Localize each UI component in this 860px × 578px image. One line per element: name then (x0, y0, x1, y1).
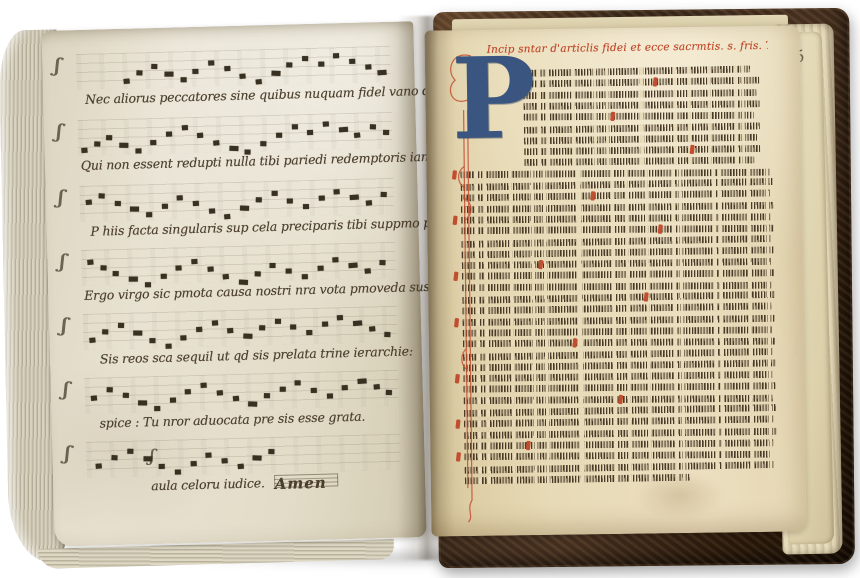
neume (369, 326, 375, 332)
neume (138, 400, 147, 405)
neume (143, 456, 152, 461)
neume (271, 71, 280, 76)
neume (386, 390, 392, 395)
neume (170, 398, 176, 403)
neume (332, 257, 338, 262)
clef-mark: ʃʃ (55, 121, 59, 143)
neume (135, 148, 141, 153)
neume (146, 212, 152, 217)
neume (185, 389, 191, 394)
neume (307, 130, 313, 135)
neume (191, 259, 197, 264)
neume (243, 333, 252, 338)
neume (149, 338, 155, 343)
left-page-content: ʃʃNec aliorus peccatores sine quibus nuq… (76, 44, 402, 518)
neume (190, 461, 196, 466)
neume (102, 329, 108, 334)
neume (124, 78, 130, 84)
neume (318, 196, 324, 201)
music-system: ʃʃQui non essent redupti nulla tibi pari… (78, 112, 393, 178)
neume (175, 469, 181, 474)
body-text-line (524, 157, 754, 167)
neume (107, 387, 113, 392)
neume (193, 69, 199, 74)
neume (264, 393, 270, 398)
clef-mark: ʃʃ (57, 187, 61, 209)
red-capital-tick (590, 192, 594, 201)
right-page: Incip sntar d'articlis fidei et ecce sac… (424, 25, 806, 536)
music-system: ʃʃspice : Tu nror aduocata pre sis esse … (84, 370, 399, 436)
music-system: ʃʃSis reos sca sequil ut qd sis prelata … (83, 306, 398, 372)
neume (154, 406, 160, 411)
music-system: ʃʃP hiis facta singularis sup cela preci… (79, 178, 394, 244)
staff-lines (79, 178, 394, 222)
red-capital-tick (611, 112, 615, 121)
neume (213, 140, 219, 146)
neume (181, 125, 187, 130)
body-text-line (523, 66, 750, 77)
clef-mark: ʃʃ (59, 250, 63, 272)
neume (237, 464, 243, 470)
neume (224, 214, 230, 220)
red-capital-tick (653, 78, 657, 87)
neume (385, 332, 391, 337)
neume (81, 148, 87, 154)
neume (112, 455, 118, 460)
empty-staff-box (274, 473, 338, 488)
neume (196, 327, 202, 332)
right-page-content: Incip sntar d'articlis fidei et ecce sac… (459, 40, 779, 514)
neume (207, 266, 213, 271)
red-capital-tick (526, 441, 530, 450)
body-text-line (524, 122, 761, 134)
neume (118, 323, 124, 328)
music-system: ʃʃʃʃaula celoru iudice.Amen (86, 434, 401, 500)
neume (106, 135, 112, 140)
neume (381, 192, 387, 197)
neume (255, 79, 261, 85)
lyric-line: aula celoru iudice.Amen (151, 475, 265, 493)
neume (209, 208, 215, 213)
neume (287, 198, 293, 203)
neume (311, 388, 317, 393)
neume (223, 274, 229, 280)
neume (333, 53, 339, 58)
neume (224, 66, 230, 71)
neume (201, 383, 207, 388)
body-text-line (524, 112, 754, 121)
clef-mark: ʃʃ (62, 378, 66, 400)
manuscript-photo: 75 Incip ʃʃNec aliorus peccatores sine q… (0, 0, 860, 578)
body-text-line (524, 133, 757, 144)
neume (100, 265, 106, 270)
neume (365, 200, 371, 206)
neume (338, 127, 347, 133)
neume (276, 133, 282, 138)
neume (271, 191, 277, 196)
staff-lines (86, 434, 401, 478)
neume (327, 393, 333, 398)
music-system: ʃʃNec aliorus peccatores sine quibus nuq… (76, 46, 391, 112)
red-capital-tick (539, 260, 543, 269)
neume (295, 380, 301, 385)
neume (96, 463, 102, 469)
neume (212, 320, 218, 325)
neume (180, 77, 186, 82)
neume (317, 266, 323, 271)
neume (229, 146, 238, 151)
neume (227, 328, 233, 334)
neume (259, 325, 265, 330)
neume (260, 141, 266, 146)
neume (136, 70, 142, 75)
neume (275, 319, 281, 324)
neume (181, 335, 187, 340)
neume (370, 124, 376, 129)
neume (130, 207, 139, 212)
neume (253, 455, 262, 460)
neume (98, 193, 104, 198)
neume (306, 330, 312, 335)
left-page: ʃʃNec aliorus peccatores sine quibus nuq… (41, 21, 426, 547)
neume (193, 201, 199, 206)
neume (287, 62, 293, 67)
neume (302, 274, 308, 279)
neume (323, 121, 329, 126)
neume (197, 133, 203, 138)
neume (113, 271, 119, 276)
neume (87, 259, 93, 265)
neume (150, 140, 156, 145)
neume (160, 274, 166, 279)
body-text-line (523, 77, 760, 88)
neume (89, 337, 95, 343)
neume (290, 324, 296, 329)
staff-lines (84, 370, 399, 414)
red-capital-tick (658, 225, 662, 234)
neume (302, 56, 308, 61)
body-text-line (524, 100, 761, 110)
body-text-line (524, 145, 761, 155)
neume (221, 458, 227, 463)
neume (364, 268, 370, 274)
red-capital-tick (689, 145, 693, 154)
music-system: ʃʃErgo virgo sic pmota causa nostri nra … (81, 242, 396, 308)
neume (217, 390, 223, 395)
neume (365, 64, 371, 69)
page-stain (615, 460, 746, 532)
neume (164, 72, 173, 77)
red-capital-tick (618, 394, 622, 403)
neume (349, 59, 355, 64)
neume (165, 344, 171, 349)
neume (342, 385, 348, 390)
neume (334, 189, 340, 194)
neume (358, 378, 367, 384)
neume (350, 194, 359, 200)
red-capital-tick (572, 338, 576, 347)
neume (380, 260, 386, 265)
neume (206, 453, 212, 458)
neume (94, 141, 100, 146)
neume (322, 322, 328, 327)
illuminated-initial: P (451, 51, 519, 172)
neume (232, 396, 238, 402)
neume (114, 201, 120, 206)
neume (129, 277, 138, 282)
neume (133, 330, 142, 335)
neume (286, 269, 292, 274)
neume (240, 206, 249, 211)
neume (383, 130, 389, 135)
neume (256, 197, 262, 202)
neume (177, 195, 183, 200)
neume (208, 60, 214, 65)
neume (348, 263, 357, 269)
body-text-line (523, 89, 756, 99)
neume (162, 204, 168, 209)
neume (373, 384, 379, 390)
neume (176, 265, 182, 270)
neume (122, 393, 128, 398)
neume (291, 124, 297, 129)
neume (318, 62, 324, 67)
clef-mark: ʃʃ (54, 55, 58, 77)
neume (378, 70, 387, 76)
clef-mark: ʃʃ (60, 314, 64, 336)
neume (91, 395, 97, 401)
neume (270, 263, 276, 268)
neume (337, 315, 343, 320)
neume (354, 132, 360, 138)
staff-lines (83, 306, 398, 350)
clef-mark: ʃʃ (64, 442, 68, 464)
neume (248, 401, 257, 406)
neume (303, 204, 309, 209)
neume (119, 143, 128, 148)
neume (86, 199, 92, 205)
neume (166, 132, 172, 137)
neume (268, 449, 274, 454)
neume (279, 387, 285, 392)
neume (159, 464, 165, 469)
neume (254, 271, 260, 276)
neume (127, 449, 133, 454)
red-capital-tick (643, 292, 647, 301)
neume (152, 64, 158, 69)
neume (240, 73, 246, 78)
neume (353, 320, 362, 326)
